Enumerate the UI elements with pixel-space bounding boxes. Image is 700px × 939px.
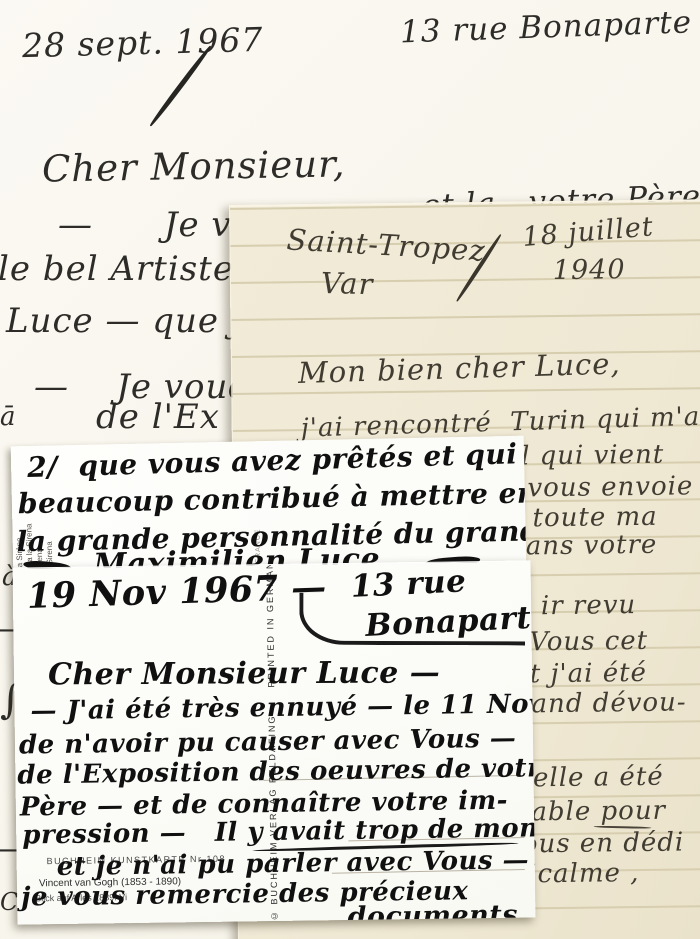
lined-letter-line: l qui vient [521, 442, 664, 470]
postcard-line: et je n'ai pu parler avec Vous — [57, 847, 530, 880]
letter-date: 28 sept. 1967 [22, 23, 264, 62]
margin-fragment: ā [0, 404, 17, 430]
lined-letter-place: Saint-Tropez [286, 225, 487, 265]
lined-letter-salutation: Mon bien cher Luce, [298, 349, 621, 388]
lined-letter-date-year: 1940 [553, 256, 626, 284]
letter-address: 13 rue Bonaparte . [400, 7, 700, 49]
lined-letter-line: able pour [531, 798, 666, 826]
postcard-date: 19 Nov 1967 — [26, 570, 327, 614]
postcard-bottom: BUCHHEIM KUNSTKARTE Nr 108 Vincent van G… [13, 560, 536, 924]
lined-letter-line: vous envoie [527, 473, 693, 501]
scanned-letters-page: { "background_letter": { "date": "28 sep… [0, 0, 700, 939]
lined-letter-line: icalme , [528, 860, 640, 887]
postcard-line: beaucoup contribué à mettre en Valeur- [18, 477, 527, 519]
postcard-top: de la Sirène Maura la Sirena la Sirena. … [11, 436, 527, 573]
lined-letter-line: elle a été [533, 764, 664, 792]
lined-letter-date-day: 18 juillet [521, 213, 654, 251]
lined-letter-line: rand dévou- [518, 689, 687, 717]
postcard-line: de n'avoir pu causer avec Vous — [19, 726, 517, 759]
lined-letter-line: ous en dédi [522, 829, 685, 857]
postcard-address: 13 rue [350, 566, 467, 603]
postcard-line: — J'ai été très ennuyé — le 11 Nov. [30, 691, 535, 724]
postcard-line: 2/ que vous avez prêtés et qui ont [27, 439, 526, 482]
letter-salutation: Cher Monsieur, [42, 145, 346, 187]
lined-letter-line: ir revu [541, 592, 637, 619]
letter-line: de l'Ex [96, 400, 220, 434]
postcard-line: de l'Exposition des oeuvres de votre [17, 755, 535, 789]
lined-letter-line: dans votre [508, 532, 657, 560]
lined-letter-department: Var [321, 269, 374, 299]
lined-letter-line: t toute ma [512, 504, 658, 532]
lined-letter-line: t j'ai été [530, 660, 648, 687]
postcard-address: Bonaparte [365, 602, 536, 642]
lined-letter-line: Vous cet [529, 628, 648, 655]
postcard-salutation: Cher Monsieur Luce — [48, 658, 440, 690]
